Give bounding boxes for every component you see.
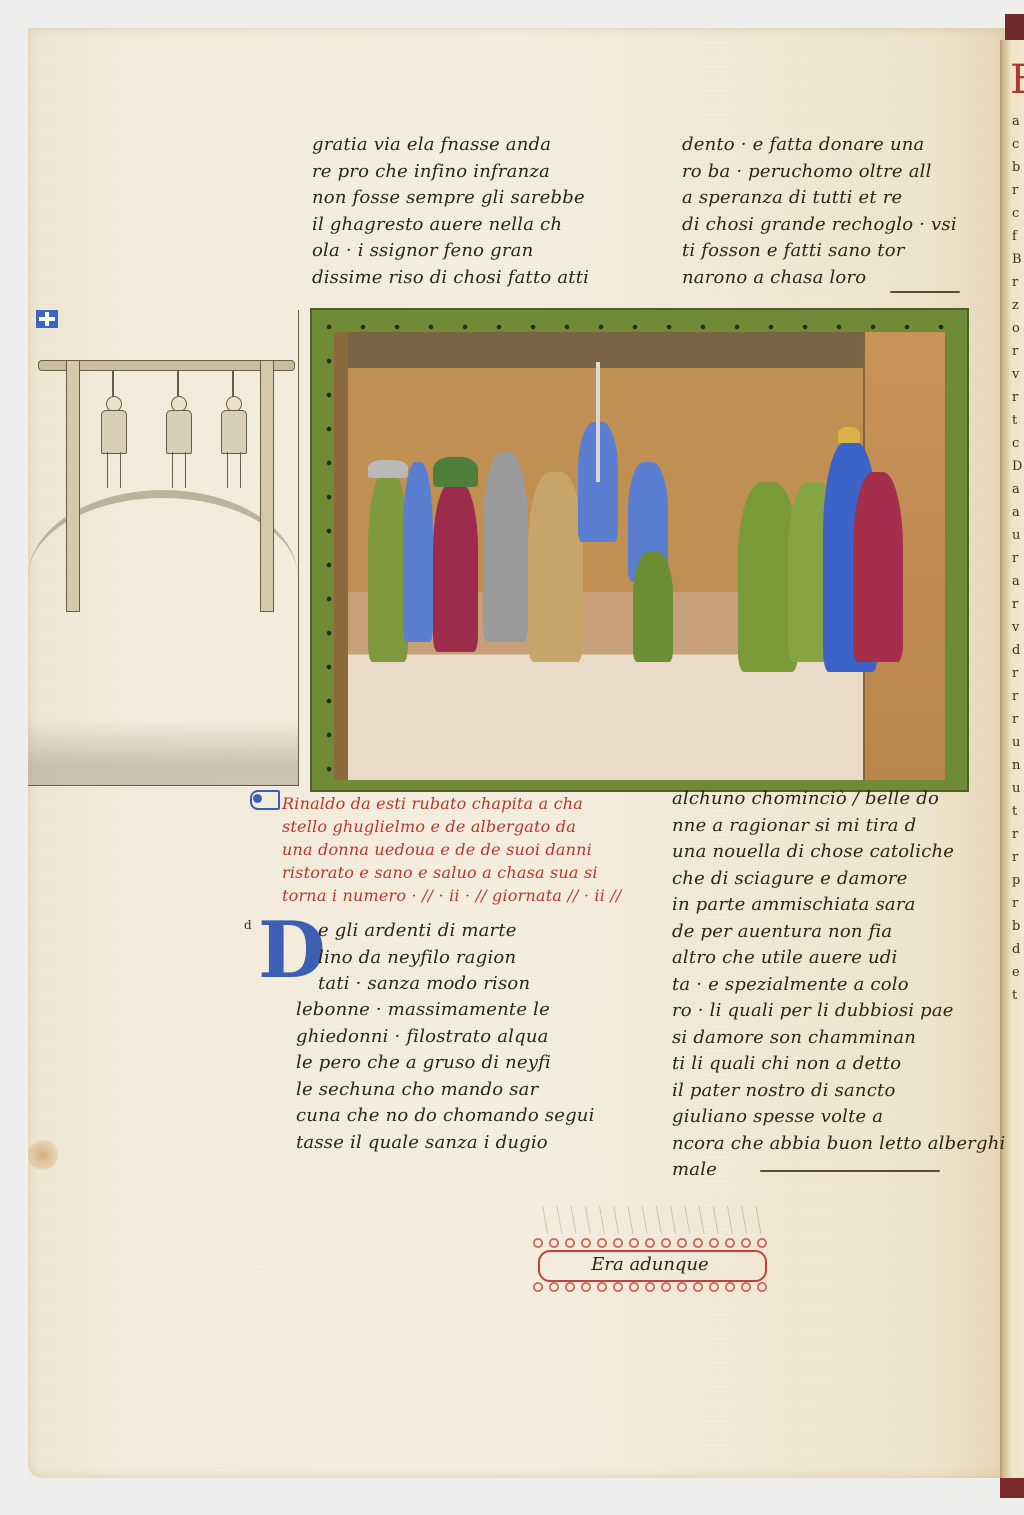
text-line: il ghagresto auere nella ch [312, 212, 652, 239]
text-line: alchuno chominciò / belle do [672, 786, 992, 813]
text-line: tati · sanza modo rison [318, 971, 618, 998]
rubric-line: una donna uedoua e de de suoi danni [282, 838, 662, 861]
main-left-column-indented: e gli ardenti di marte lino da neyfilo r… [318, 918, 618, 998]
green-hat [433, 457, 478, 487]
text-line: ro ba · peruchomo oltre all [682, 159, 982, 186]
miniature-illustration [310, 308, 969, 792]
figure-tunic [528, 472, 583, 662]
text-line: e gli ardenti di marte [318, 918, 618, 945]
line-filler-swash [890, 291, 960, 293]
text-line: narono a chasa loro [682, 265, 982, 292]
main-left-column: lebonne · massimamente le ghiedonni · fi… [296, 997, 626, 1156]
stain [28, 1140, 58, 1170]
text-line: gratia via ela fnasse anda [312, 132, 652, 159]
text-line: il pater nostro di sancto [672, 1078, 992, 1105]
catchword-cartouche: Era adunque [520, 1234, 780, 1294]
text-line: in parte ammischiata sara [672, 892, 992, 919]
text-line: a speranza di tutti et re [682, 185, 982, 212]
text-line: le sechuna cho mando sar [296, 1077, 626, 1104]
text-line: le pero che a gruso di neyfi [296, 1050, 626, 1077]
decorative-swirls [530, 1236, 770, 1250]
binding-edge-bottom [1000, 1478, 1024, 1498]
decorated-initial: D [258, 912, 326, 990]
figure-chainmail [483, 452, 528, 642]
facing-page-text: a c b r c f B r z o r v r t c D a a u r … [1012, 110, 1024, 1007]
text-line: ncora che abbia buon letto alberghi [672, 1131, 992, 1158]
text-line: si damore son chamminan [672, 1025, 992, 1052]
text-line: nne a ragionar si mi tira d [672, 813, 992, 840]
helmet [368, 460, 408, 478]
text-line: tasse il quale sanza i dugio [296, 1130, 626, 1157]
ground-wash [28, 720, 298, 785]
rubric-line: torna i numero · // · ii · // giornata /… [282, 884, 662, 907]
line-filler-swash [760, 1170, 940, 1172]
marginal-gallows-drawing [28, 310, 299, 786]
gallows-post [260, 360, 274, 612]
text-line: lino da neyfilo ragion [318, 945, 618, 972]
paragraph-mark-icon [250, 790, 280, 810]
scene-background [334, 332, 945, 780]
text-line: di chosi grande rechoglo · vsi [682, 212, 982, 239]
gallows-post [66, 360, 80, 612]
cross-flag-icon [36, 310, 58, 328]
text-line: non fosse sempre gli sarebbe [312, 185, 652, 212]
sword [596, 362, 600, 482]
text-line: ola · i ssignor feno gran [312, 238, 652, 265]
text-line: altro che utile auere udi [672, 945, 992, 972]
rubric-line: stello ghuglielmo e de albergato da [282, 815, 662, 838]
text-line: che di sciagure e damore [672, 866, 992, 893]
text-line: dento · e fatta donare una [682, 132, 982, 159]
rubric-line: ristorato e sano e saluo a chasa sua si [282, 861, 662, 884]
text-line: lebonne · massimamente le [296, 997, 626, 1024]
text-line: de per auentura non fia [672, 919, 992, 946]
guide-letter: d [244, 918, 252, 932]
text-line: ta · e spezialmente a colo [672, 972, 992, 999]
catchword-text: Era adunque [520, 1254, 780, 1275]
text-line: giuliano spesse volte a [672, 1104, 992, 1131]
hanged-figure [98, 370, 128, 490]
rubric-heading: Rinaldo da esti rubato chapita a cha ste… [282, 792, 662, 907]
figure-king-mantle [853, 472, 903, 662]
facing-page-initial: E [1010, 60, 1024, 100]
crown-icon [838, 427, 860, 443]
figure-red-cloak [433, 482, 478, 652]
text-line: ro · li quali per li dubbiosi pae [672, 998, 992, 1025]
decorative-rays [540, 1206, 770, 1234]
top-left-column: gratia via ela fnasse anda re pro che in… [312, 132, 652, 291]
text-line: ti fosson e fatti sano tor [682, 238, 982, 265]
decorative-swirls [530, 1280, 770, 1294]
text-line: dissime riso di chosi fatto atti [312, 265, 652, 292]
hanged-figure [163, 370, 193, 490]
figure-striped [403, 462, 433, 642]
text-line: re pro che infino infranza [312, 159, 652, 186]
text-line: una nouella di chose catoliche [672, 839, 992, 866]
top-right-column: dento · e fatta donare una ro ba · peruc… [682, 132, 982, 291]
rubric-line: Rinaldo da esti rubato chapita a cha [282, 792, 662, 815]
figure-soldier [368, 472, 408, 662]
figure-boy [633, 552, 673, 662]
hanged-figure [218, 370, 248, 490]
text-line: ghiedonni · filostrato alqua [296, 1024, 626, 1051]
text-line: cuna che no do chomando segui [296, 1103, 626, 1130]
main-right-column: alchuno chominciò / belle do nne a ragio… [672, 786, 992, 1184]
text-line: ti li quali chi non a detto [672, 1051, 992, 1078]
